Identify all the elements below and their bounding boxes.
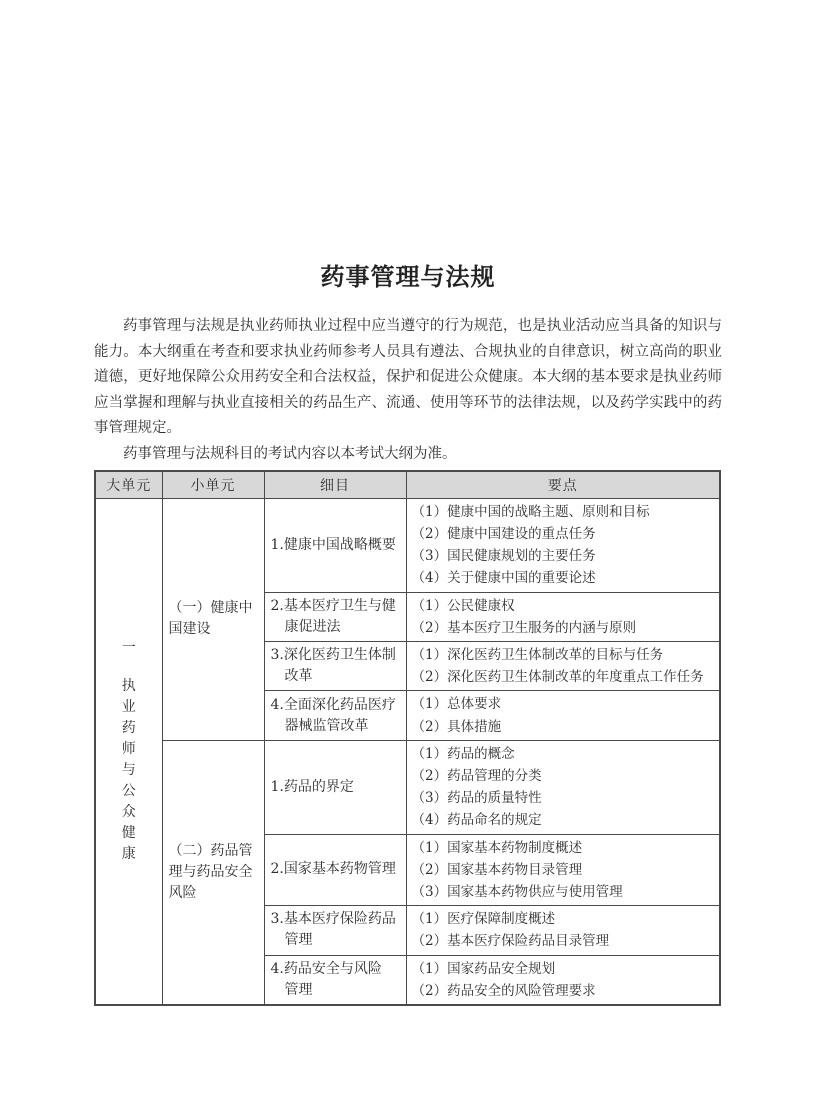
table-row: 一 执 业 药 师 与 公 众 健 康 （一）健康中 国建设 1.健康中国战略概… [95, 498, 720, 592]
item-label: 4.药品安全与风险 管理 [271, 959, 400, 1001]
item-label: 4.全面深化药品医疗 器械监管改革 [271, 695, 400, 737]
subunit-label: （二）药品管 理与药品安全 风险 [169, 841, 258, 904]
subunit-label: （一）健康中 国建设 [169, 598, 258, 640]
unit-name: 执 业 药 师 与 公 众 健 康 [121, 676, 136, 865]
header-points: 要点 [406, 471, 720, 498]
item-cell: 1.药品的界定 [264, 740, 406, 834]
item-label: 3.基本医疗保险药品 管理 [271, 909, 400, 951]
item-label: 1.健康中国战略概要 [271, 535, 400, 556]
item-cell: 2.国家基本药物管理 [264, 834, 406, 906]
item-cell: 3.基本医疗保险药品 管理 [264, 906, 406, 955]
points-cell: （1）国家药品安全规划 （2）药品安全的风险管理要求 [406, 955, 720, 1005]
header-item: 细目 [264, 471, 406, 498]
points-list: （1）国家基本药物制度概述 （2）国家基本药物目录管理 （3）国家基本药物供应与… [412, 837, 715, 904]
header-unit: 大单元 [95, 471, 162, 498]
item-label: 2.国家基本药物管理 [271, 859, 400, 880]
item-cell: 2.基本医疗卫生与健 康促进法 [264, 592, 406, 641]
table-row: （二）药品管 理与药品安全 风险 1.药品的界定 （1）药品的概念 （2）药品管… [95, 740, 720, 834]
unit-number: 一 [121, 638, 136, 659]
points-list: （1）药品的概念 （2）药品管理的分类 （3）药品的质量特性 （4）药品命名的规… [412, 743, 715, 832]
points-cell: （1）国家基本药物制度概述 （2）国家基本药物目录管理 （3）国家基本药物供应与… [406, 834, 720, 906]
header-subunit: 小单元 [162, 471, 264, 498]
page-content: 药事管理与法规 药事管理与法规是执业药师执业过程中应当遵守的行为规范，也是执业活… [0, 0, 816, 1006]
points-list: （1）深化医药卫生体制改革的目标与任务 （2）深化医药卫生体制改革的年度重点工作… [412, 644, 715, 688]
points-list: （1）总体要求 （2）具体措施 [412, 693, 715, 737]
document-page: 药事管理与法规 药事管理与法规是执业药师执业过程中应当遵守的行为规范，也是执业活… [0, 0, 816, 1100]
points-cell: （1）医疗保障制度概述 （2）基本医疗保险药品目录管理 [406, 906, 720, 955]
points-cell: （1）公民健康权 （2）基本医疗卫生服务的内涵与原则 [406, 592, 720, 641]
item-label: 1.药品的界定 [271, 777, 400, 798]
item-cell: 1.健康中国战略概要 [264, 498, 406, 592]
points-list: （1）医疗保障制度概述 （2）基本医疗保险药品目录管理 [412, 908, 715, 952]
exam-syllabus-table: 大单元 小单元 细目 要点 一 执 业 药 师 与 公 众 健 康 （一）健康 [94, 470, 721, 1006]
table-header-row: 大单元 小单元 细目 要点 [95, 471, 720, 498]
unit-cell: 一 执 业 药 师 与 公 众 健 康 [95, 498, 162, 1005]
subunit-cell-1: （一）健康中 国建设 [162, 498, 264, 740]
subunit-cell-2: （二）药品管 理与药品安全 风险 [162, 740, 264, 1005]
points-list: （1）公民健康权 （2）基本医疗卫生服务的内涵与原则 [412, 595, 715, 639]
points-list: （1）健康中国的战略主题、原则和目标 （2）健康中国建设的重点任务 （3）国民健… [412, 501, 715, 590]
unit-vertical-text: 一 执 业 药 师 与 公 众 健 康 [96, 638, 162, 865]
scope-paragraph: 药事管理与法规科目的考试内容以本考试大纲为准。 [94, 442, 722, 468]
item-label: 2.基本医疗卫生与健 康促进法 [271, 596, 400, 638]
item-cell: 4.全面深化药品医疗 器械监管改革 [264, 691, 406, 740]
points-cell: （1）总体要求 （2）具体措施 [406, 691, 720, 740]
page-title: 药事管理与法规 [94, 262, 722, 292]
item-cell: 4.药品安全与风险 管理 [264, 955, 406, 1005]
item-label: 3.深化医药卫生体制 改革 [271, 645, 400, 687]
intro-paragraph: 药事管理与法规是执业药师执业过程中应当遵守的行为规范，也是执业活动应当具备的知识… [94, 314, 722, 442]
points-list: （1）国家药品安全规划 （2）药品安全的风险管理要求 [412, 958, 715, 1002]
points-cell: （1）健康中国的战略主题、原则和目标 （2）健康中国建设的重点任务 （3）国民健… [406, 498, 720, 592]
points-cell: （1）深化医药卫生体制改革的目标与任务 （2）深化医药卫生体制改革的年度重点工作… [406, 641, 720, 690]
item-cell: 3.深化医药卫生体制 改革 [264, 641, 406, 690]
points-cell: （1）药品的概念 （2）药品管理的分类 （3）药品的质量特性 （4）药品命名的规… [406, 740, 720, 834]
